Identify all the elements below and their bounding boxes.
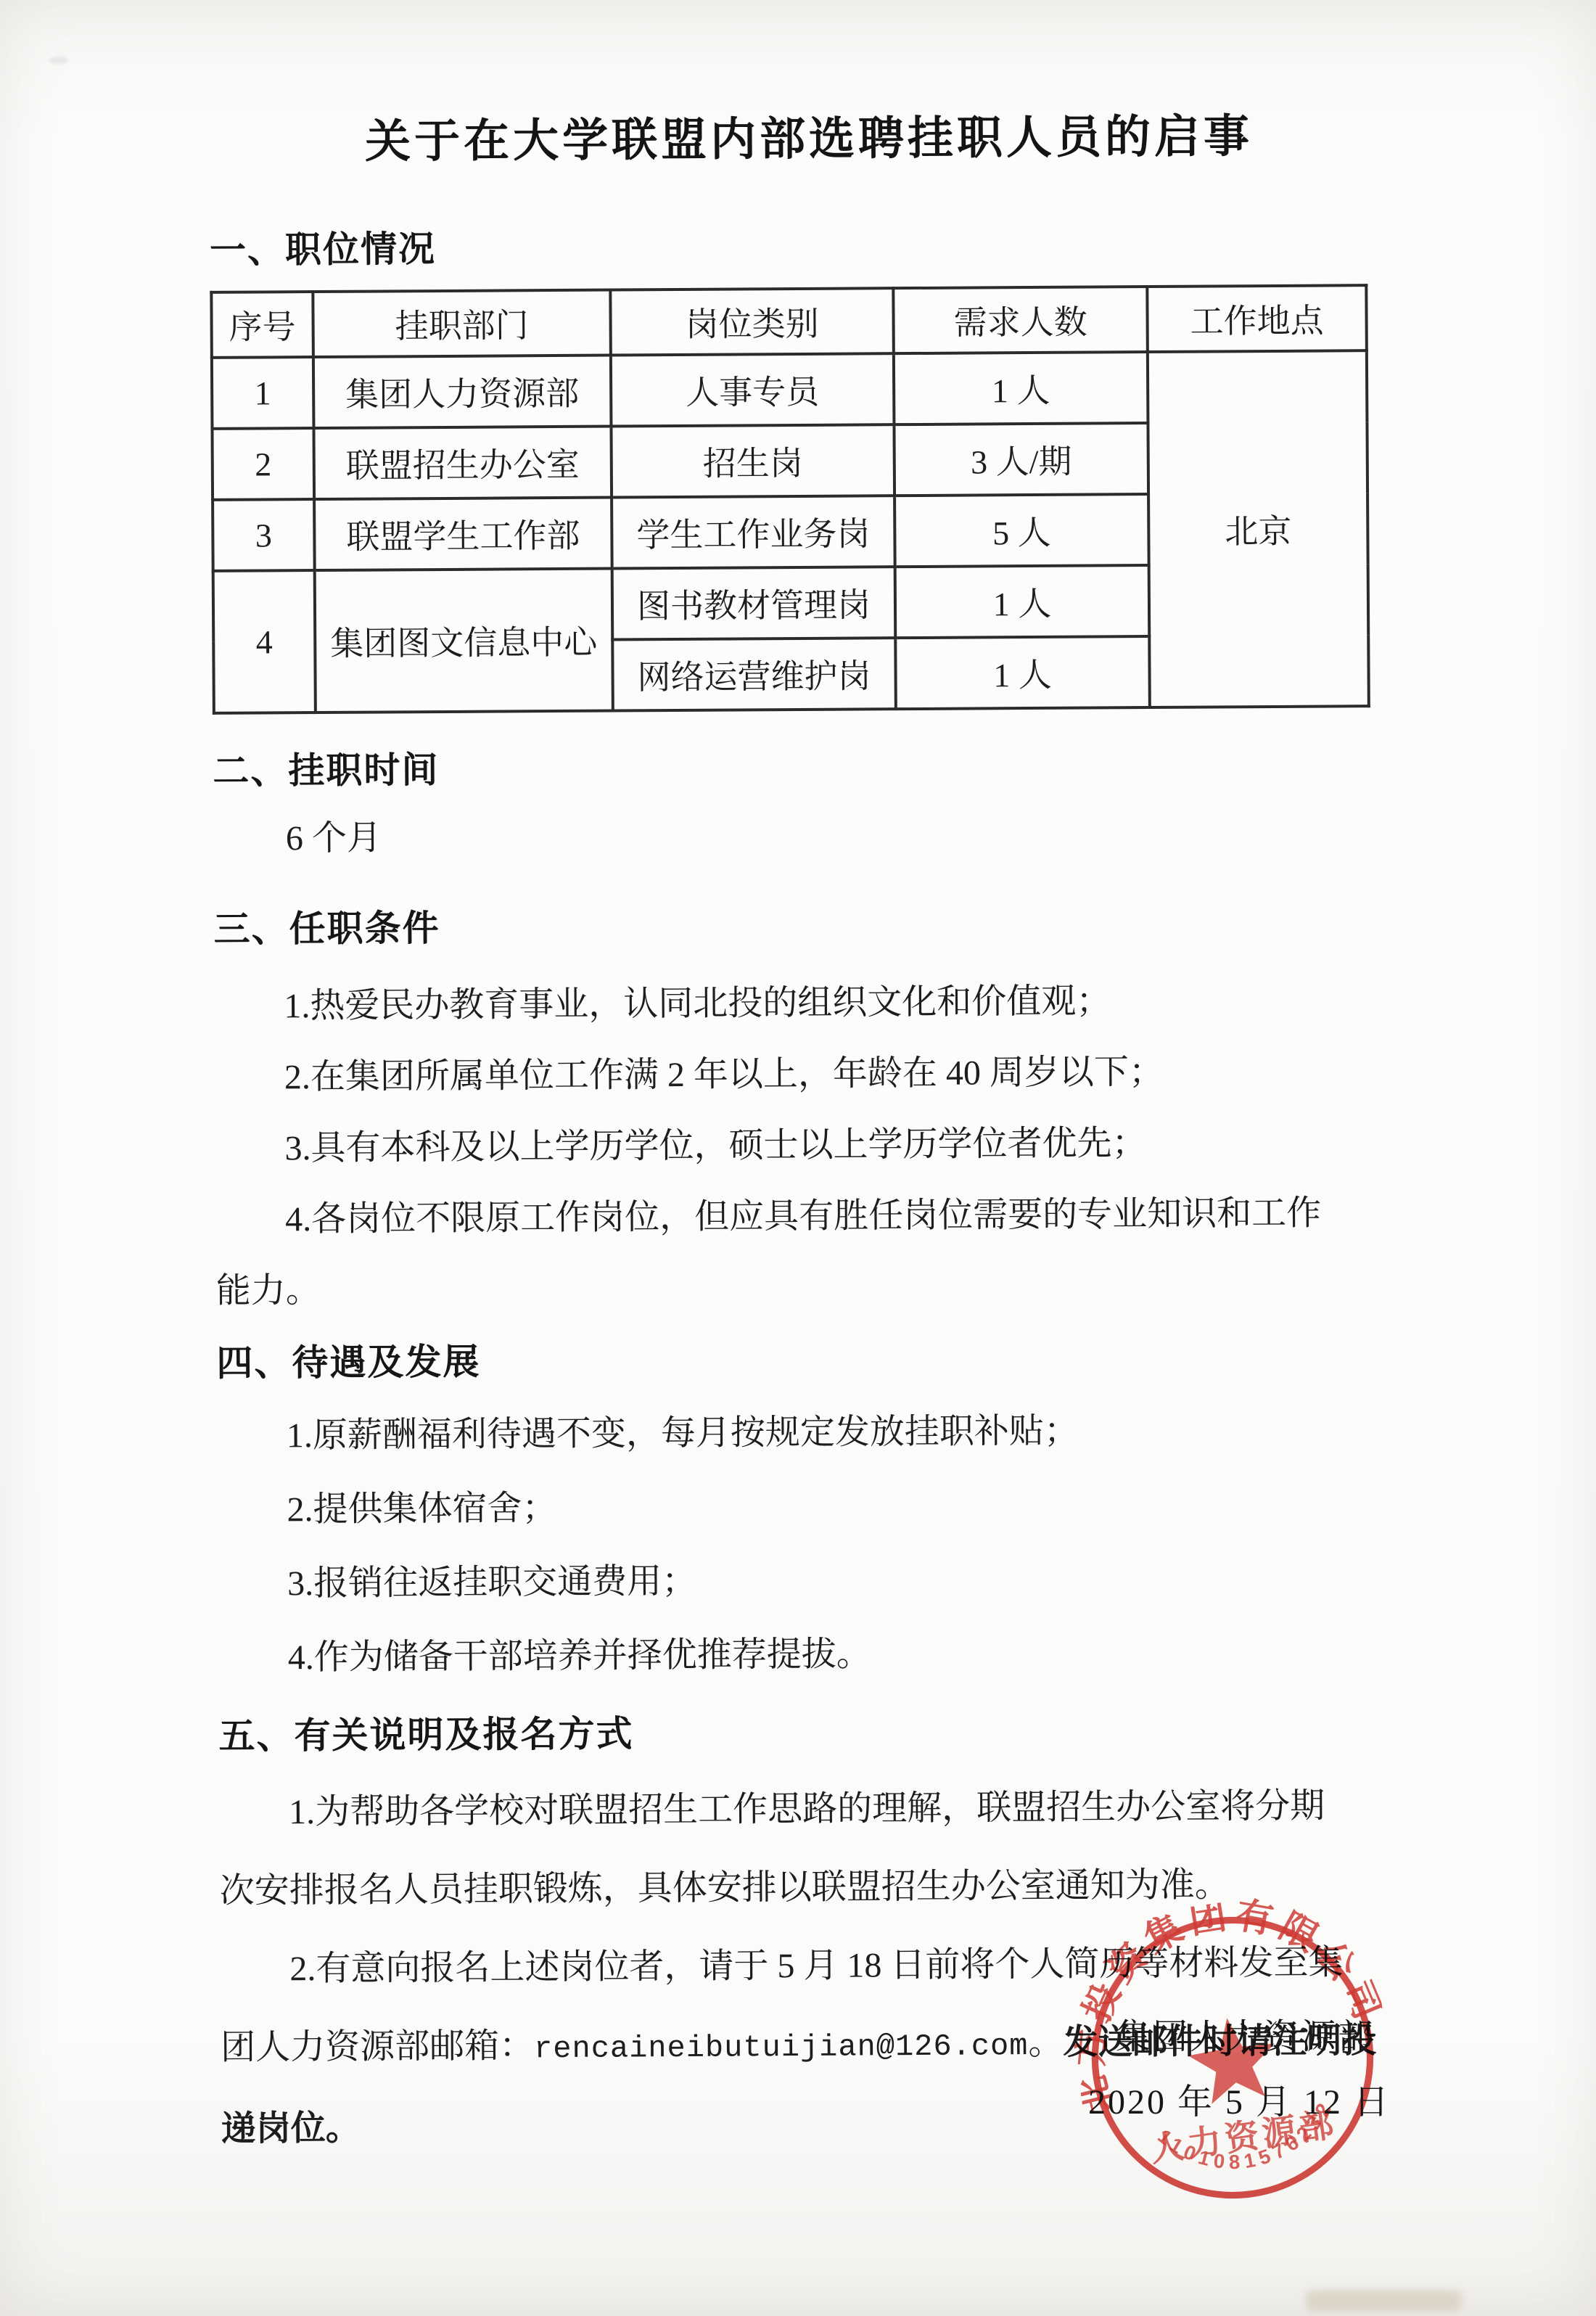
email-period: 。 — [1028, 2024, 1063, 2062]
cell-no: 3 — [213, 499, 315, 571]
cell-no: 2 — [212, 428, 314, 500]
section-heading-benefits: 四、待遇及发展 — [216, 1330, 1445, 1389]
benefits-list: 1.原薪酬福利待遇不变，每月按规定发放挂职补贴； 2.提供集体宿舍； 3.报销往… — [217, 1392, 1447, 1696]
requirement-item: 2.在集团所属单位工作满 2 年以上，年龄在 40 周岁以下； — [215, 1035, 1444, 1114]
header-no: 序号 — [211, 292, 313, 358]
cell-category: 招生岗 — [611, 424, 894, 497]
requirements-list: 1.热爱民办教育事业，认同北投的组织文化和价值观； 2.在集团所属单位工作满 2… — [214, 964, 1445, 1327]
cell-count: 5 人 — [894, 494, 1149, 567]
cell-no-merged: 4 — [213, 570, 316, 713]
header-count: 需求人数 — [893, 287, 1148, 353]
document-page: 关于在大学联盟内部选聘挂职人员的启事 一、职位情况 序号 挂职部门 岗位类别 需… — [0, 0, 1596, 2316]
note-line: 1.为帮助各学校对联盟招生工作思路的理解，联盟招生办公室将分期 — [219, 1767, 1449, 1852]
positions-table: 序号 挂职部门 岗位类别 需求人数 工作地点 1 集团人力资源部 人事专员 1 … — [210, 284, 1370, 715]
document-body: 关于在大学联盟内部选聘挂职人员的启事 一、职位情况 序号 挂职部门 岗位类别 需… — [0, 0, 1596, 2170]
header-category: 岗位类别 — [610, 288, 894, 355]
requirement-item: 1.热爱民办教育事业，认同北投的组织文化和价值观； — [214, 964, 1444, 1043]
requirement-item: 3.具有本科及以上学历学位，硕士以上学历学位者优先； — [215, 1106, 1444, 1185]
cell-no: 1 — [212, 357, 314, 429]
header-location: 工作地点 — [1147, 285, 1367, 352]
cell-count: 1 人 — [894, 352, 1148, 424]
cell-category: 图书教材管理岗 — [612, 567, 896, 639]
cell-location-merged: 北京 — [1148, 350, 1369, 707]
duration-text: 6 个月 — [213, 806, 1442, 866]
table-header-row: 序号 挂职部门 岗位类别 需求人数 工作地点 — [211, 285, 1367, 358]
email-prefix-text: 团人力资源部邮箱： — [221, 2026, 534, 2067]
cell-dept: 联盟学生工作部 — [314, 498, 612, 571]
cell-dept: 联盟招生办公室 — [313, 427, 612, 500]
signature-date: 2020 年 5 月 12 日 — [1088, 2074, 1391, 2124]
cell-count: 1 人 — [895, 636, 1150, 709]
section-heading-duration: 二、挂职时间 — [213, 738, 1441, 797]
cell-dept: 集团人力资源部 — [313, 356, 612, 429]
section-heading-application: 五、有关说明及报名方式 — [218, 1703, 1447, 1762]
section-heading-positions: 一、职位情况 — [210, 217, 1439, 276]
requirement-item: 4.各岗位不限原工作岗位，但应具有胜任岗位需要的专业知识和工作 — [215, 1178, 1445, 1256]
benefit-item: 2.提供集体宿舍； — [217, 1466, 1447, 1548]
signature-name: 集团人力资源部 — [1116, 2008, 1375, 2058]
requirement-item-continuation: 能力。 — [215, 1249, 1445, 1327]
benefit-item: 1.原薪酬福利待遇不变，每月按规定发放挂职补贴； — [217, 1392, 1447, 1474]
cell-count: 1 人 — [895, 565, 1150, 638]
table-row: 1 集团人力资源部 人事专员 1 人 北京 — [212, 350, 1367, 429]
cell-dept-merged: 集团图文信息中心 — [315, 569, 613, 713]
benefit-item: 3.报销往返挂职交通费用； — [218, 1540, 1447, 1622]
section-heading-requirements: 三、任职条件 — [213, 896, 1442, 956]
cell-category: 网络运营维护岗 — [612, 638, 896, 710]
cell-category: 人事专员 — [611, 353, 894, 426]
header-dept: 挂职部门 — [313, 290, 611, 358]
cell-category: 学生工作业务岗 — [612, 496, 895, 568]
benefit-item: 4.作为储备干部培养并择优推荐提拔。 — [218, 1614, 1448, 1696]
cell-count: 3 人/期 — [894, 423, 1148, 496]
scan-smudge — [1306, 2290, 1462, 2312]
email-address: rencaineibutuijian@126.com — [534, 2029, 1029, 2066]
page-title: 关于在大学联盟内部选聘挂职人员的启事 — [180, 102, 1439, 177]
